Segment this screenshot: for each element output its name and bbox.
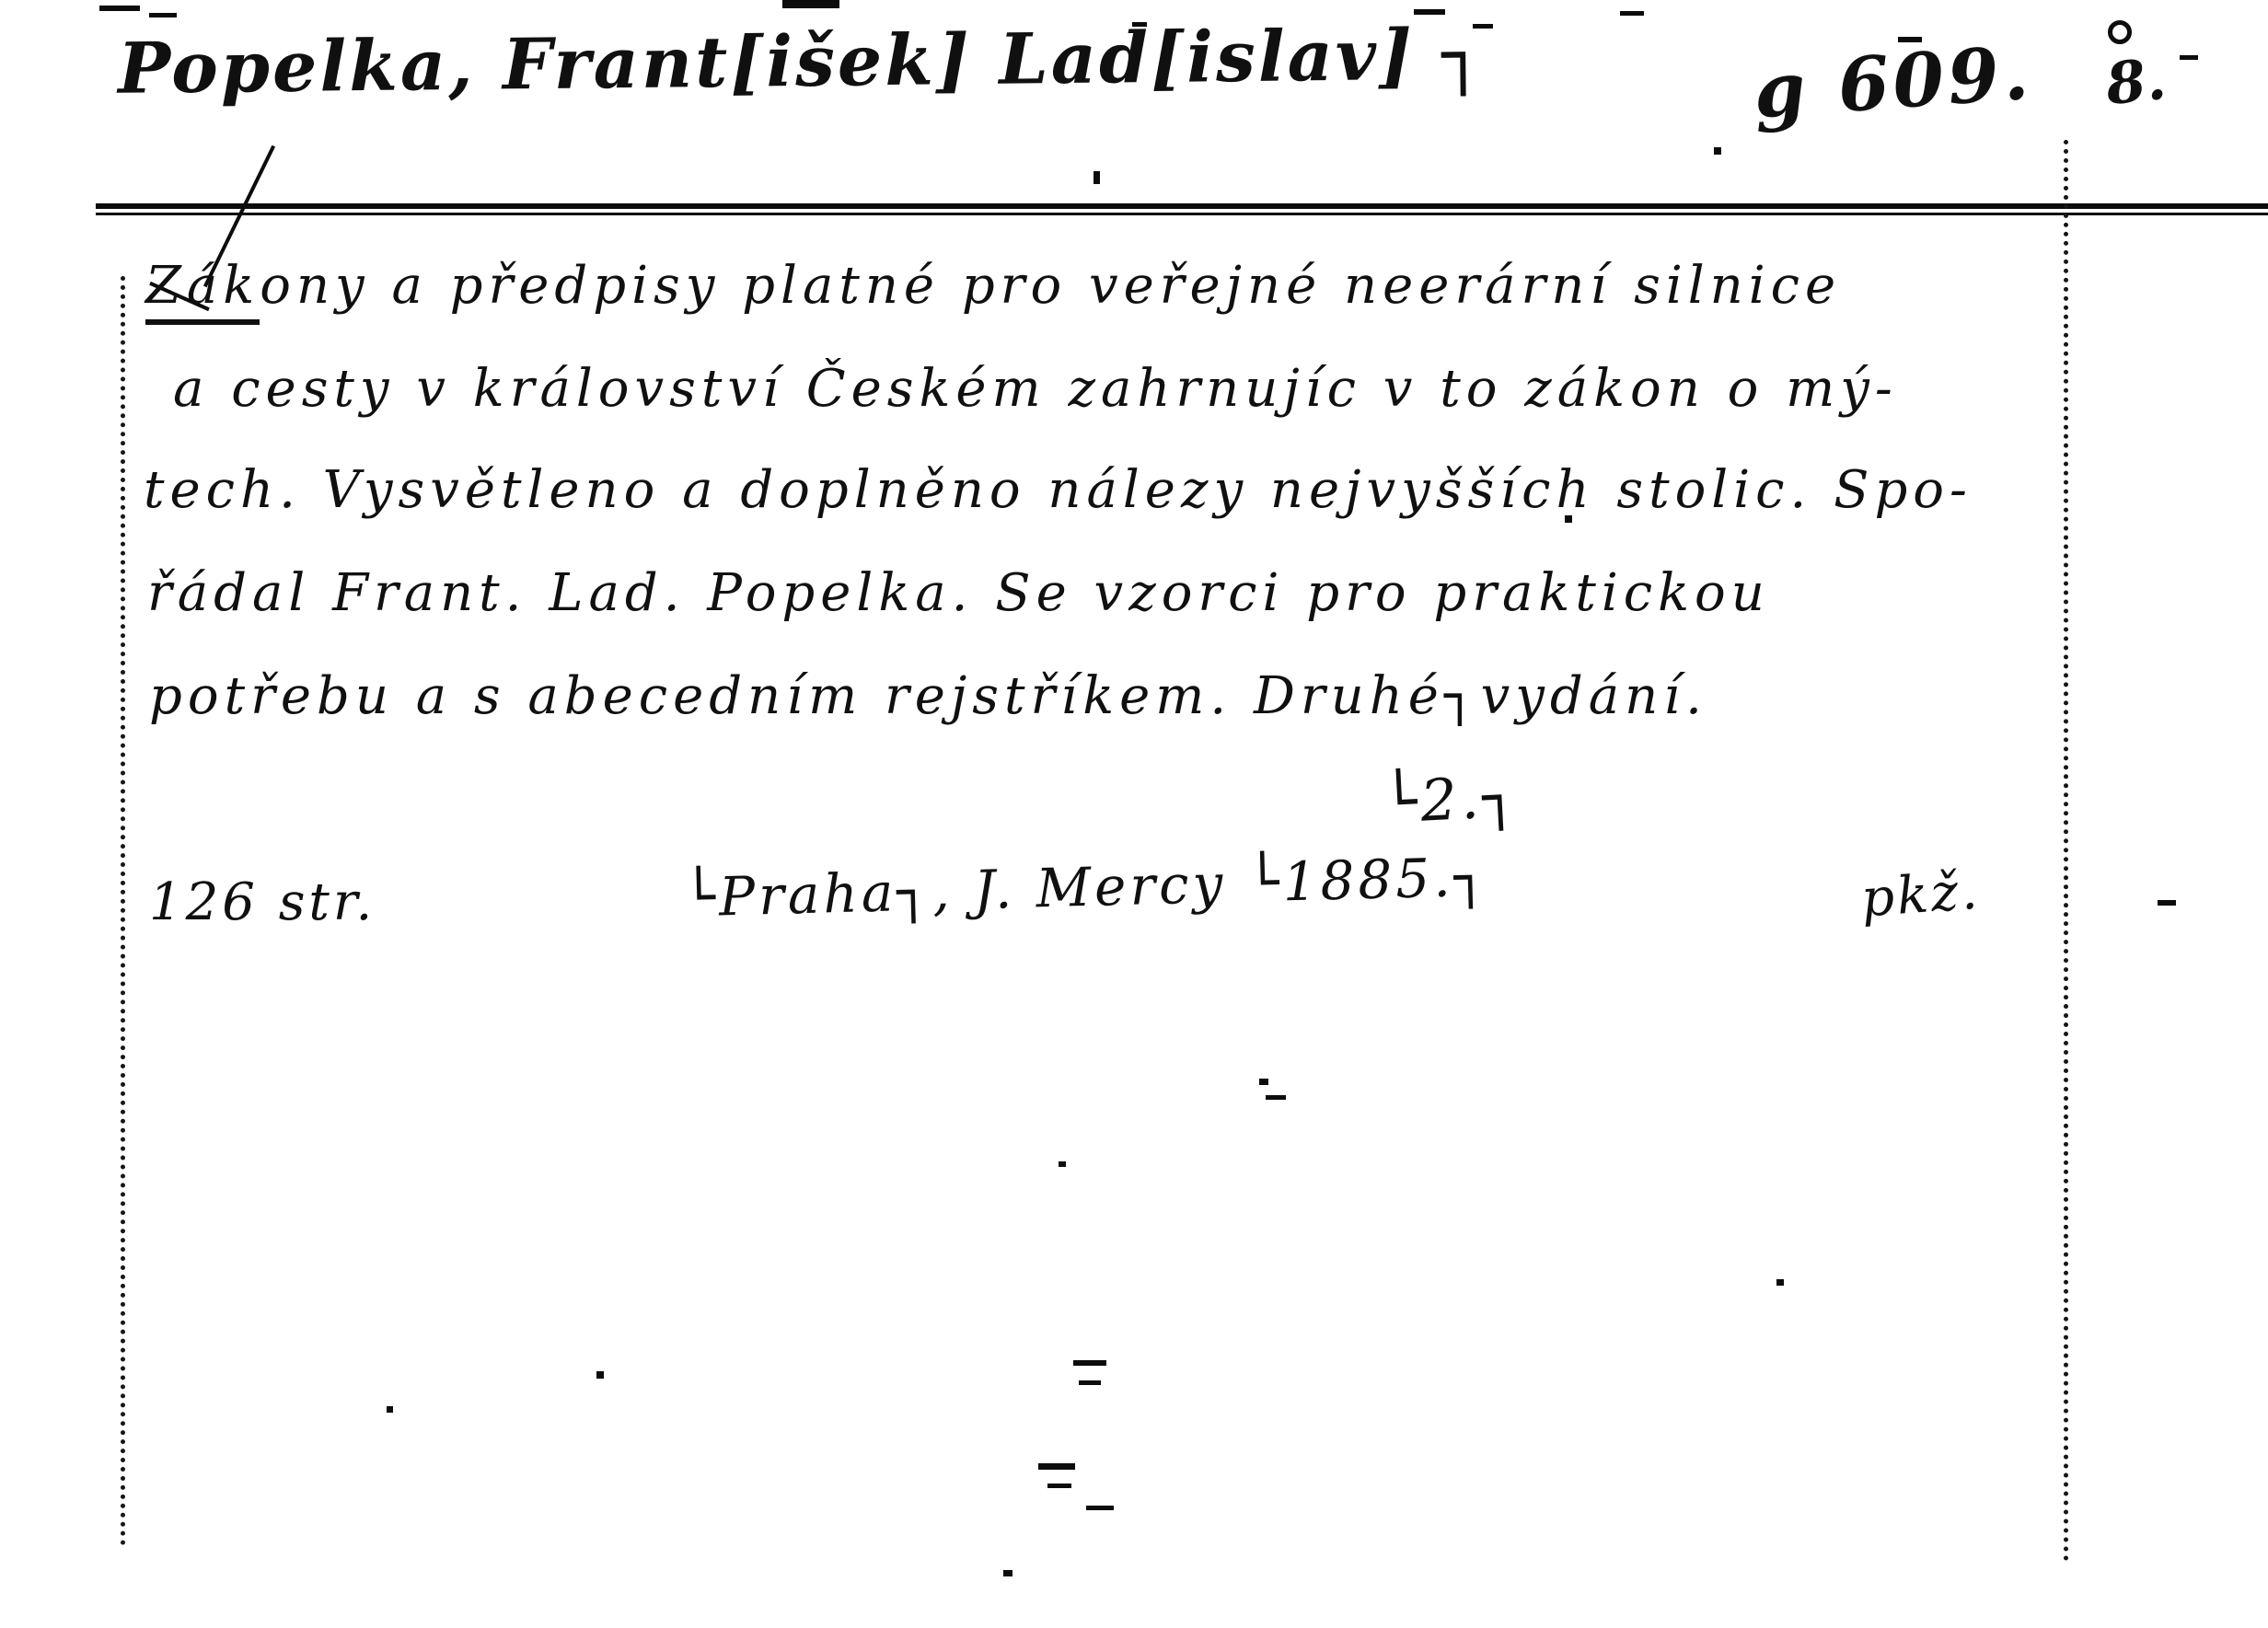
imprint-publication: └Praha┐, J. Mercy └1885.┐ bbox=[682, 846, 1490, 929]
scan-artifact bbox=[1266, 1095, 1286, 1100]
scan-artifact bbox=[1086, 1506, 1114, 1510]
scan-artifact bbox=[1898, 37, 1922, 42]
scan-artifact bbox=[1047, 1484, 1071, 1488]
pagination: 126 str. bbox=[149, 872, 376, 932]
left-margin-dotted-line bbox=[121, 276, 125, 1546]
right-margin-dotted-line bbox=[2064, 140, 2068, 1562]
scan-artifact bbox=[596, 1371, 604, 1379]
scan-artifact bbox=[1038, 1463, 1075, 1470]
title-line-4: řádal Frant. Lad. Popelka. Se vzorci pro… bbox=[147, 563, 1770, 623]
scan-artifact bbox=[1565, 515, 1572, 523]
cataloguer-note: pkž. bbox=[1859, 861, 1982, 929]
scan-artifact bbox=[1132, 22, 1147, 27]
title-line-5: potřebu a s abecedním rejstříkem. Druhé┐… bbox=[149, 666, 1707, 726]
scan-artifact bbox=[1093, 171, 1100, 184]
scan-artifact bbox=[149, 13, 177, 17]
title-underlined-start: Zák bbox=[145, 256, 260, 325]
catalog-card: Popelka, Frant[išek] Lad[islav] ┐ g 609.… bbox=[0, 0, 2268, 1628]
title-line-2: a cesty v království Českém zahrnujíc v … bbox=[173, 359, 1898, 419]
scan-artifact bbox=[2108, 20, 2132, 44]
scan-artifact bbox=[782, 0, 839, 8]
scan-artifact bbox=[1776, 1279, 1784, 1286]
horizontal-rule-top bbox=[96, 203, 2268, 209]
horizontal-rule-bottom bbox=[96, 213, 2268, 215]
shelfmark-suffix: 8. bbox=[2102, 45, 2169, 118]
scan-artifact bbox=[1414, 9, 1445, 15]
scan-artifact bbox=[1073, 1360, 1106, 1366]
scan-artifact bbox=[387, 1406, 393, 1413]
title-line-3: tech. Vysvětleno a doplněno nálezy nejvy… bbox=[144, 460, 1973, 520]
heading-author: Popelka, Frant[išek] Lad[islav] ┐ bbox=[118, 13, 1487, 110]
scan-artifact bbox=[1473, 24, 1493, 29]
scan-artifact bbox=[2180, 55, 2198, 60]
shelfmark: g 609. bbox=[1751, 29, 2034, 135]
scan-artifact bbox=[1079, 1380, 1101, 1385]
scan-artifact bbox=[2158, 900, 2176, 906]
title-line-1: Zákony a předpisy platné pro veřejné nee… bbox=[145, 256, 1841, 316]
scan-artifact bbox=[1620, 11, 1644, 16]
scan-artifact bbox=[1259, 1079, 1268, 1085]
edition-note: └2.┐ bbox=[1381, 762, 1522, 837]
scan-artifact bbox=[1003, 1570, 1012, 1576]
scan-artifact bbox=[1059, 1161, 1066, 1167]
title-line-1-rest: ony a předpisy platné pro veřejné neerár… bbox=[260, 256, 1841, 316]
scan-artifact bbox=[1714, 147, 1721, 155]
scan-artifact bbox=[99, 6, 140, 11]
